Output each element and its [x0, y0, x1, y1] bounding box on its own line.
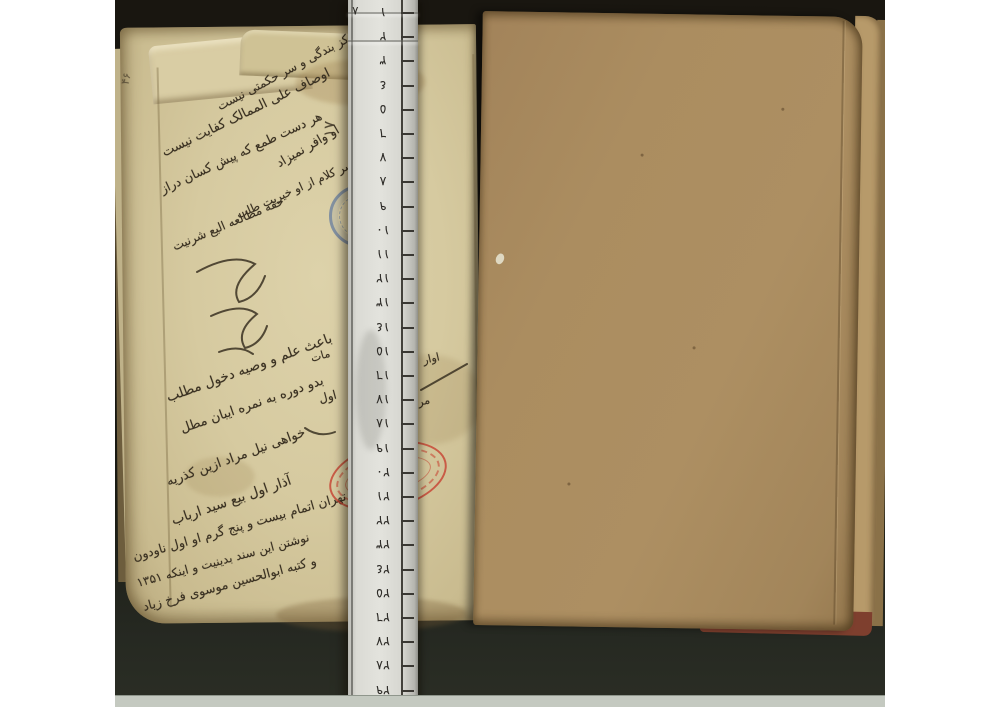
- ruler-stray-mark: ٨: [352, 4, 358, 18]
- ruler-tick: [401, 327, 414, 329]
- ruler-number: ١٦: [370, 368, 396, 381]
- ruler-number: ٢١: [370, 489, 396, 502]
- ruler-tick: [401, 569, 414, 571]
- ruler-tick: [401, 206, 414, 208]
- paper-speck: [567, 482, 570, 485]
- ruler-tick: [401, 593, 414, 595]
- ruler-number: ٤: [370, 78, 396, 91]
- ruler-number: ٢٩: [370, 683, 396, 695]
- ruler-number: ١٧: [370, 392, 396, 405]
- ruler-number: ٢٦: [370, 610, 396, 623]
- ruler-tick: [401, 181, 414, 183]
- scan-canvas: کز بندگی و سر حکمتی نیست اوصاف علی المما…: [0, 0, 1000, 707]
- ruler-tick: [401, 302, 414, 304]
- ruler-tick: [401, 254, 414, 256]
- folio-number: ١٧: [320, 121, 339, 138]
- ruler-tick: [401, 472, 414, 474]
- ruler-tick: [401, 85, 414, 87]
- photograph: کز بندگی و سر حکمتی نیست اوصاف علی المما…: [115, 0, 885, 695]
- ruler-tick: [401, 520, 414, 522]
- ruler-tick: [401, 690, 414, 692]
- paper-speck: [641, 154, 644, 157]
- ruler-tick: [401, 544, 414, 546]
- ruler-number: ١: [370, 5, 396, 18]
- ruler-number: ١٩: [370, 441, 396, 454]
- ruler-tick: [401, 375, 414, 377]
- ruler-baseline: [401, 0, 403, 695]
- ruler-number: ١٤: [370, 320, 396, 333]
- ruler-number: ٢٠: [370, 465, 396, 478]
- paper-speck: [494, 252, 505, 265]
- ruler-number: ١٥: [370, 344, 396, 357]
- ruler-tick: [401, 60, 414, 62]
- ruler-number: ٦: [370, 126, 396, 139]
- ruler-number: ١١: [370, 247, 396, 260]
- ruler-number: ٥: [370, 102, 396, 115]
- ruler-number: ٨: [370, 174, 396, 187]
- paper-speck: [781, 108, 784, 111]
- ruler-number: ٢٧: [370, 634, 396, 647]
- ruler-number: ٩: [370, 199, 396, 212]
- right-page: [473, 11, 863, 631]
- ruler-number: ٧: [370, 150, 396, 163]
- ruler-tick: [401, 399, 414, 401]
- ruler-number: ٢٤: [370, 562, 396, 575]
- margin-number: ۴۶: [119, 72, 134, 86]
- ruler-number: ٢٥: [370, 586, 396, 599]
- background-tray: [115, 695, 885, 707]
- ruler-tick: [401, 230, 414, 232]
- page-crease: [833, 21, 844, 625]
- ruler-tick: [401, 448, 414, 450]
- paper-speck: [693, 346, 696, 349]
- ruler-tick: [401, 36, 414, 38]
- ruler-tick: [401, 617, 414, 619]
- ruler: ٨ ١٢٣٤٥٦٧٨٩١٠١١١٢١٣١٤١٥١٦١٧١٨١٩٢٠٢١٢٢٢٣٢…: [348, 0, 418, 695]
- ruler-tick: [401, 157, 414, 159]
- ruler-tick: [401, 423, 414, 425]
- ruler-number: ٢٨: [370, 658, 396, 671]
- ruler-number: ٢٣: [370, 537, 396, 550]
- ruler-tick: [401, 351, 414, 353]
- ruler-tick: [401, 665, 414, 667]
- ruler-number: ١٨: [370, 416, 396, 429]
- ruler-tick: [401, 496, 414, 498]
- ruler-number: ٣: [370, 53, 396, 66]
- ruler-tick: [401, 109, 414, 111]
- handwriting-snippet: مر: [417, 393, 432, 408]
- ruler-number: ١٠: [370, 223, 396, 236]
- ruler-edge: [351, 0, 353, 695]
- ruler-tick: [401, 133, 414, 135]
- ruler-number: ٢٢: [370, 513, 396, 526]
- ruler-tick: [401, 641, 414, 643]
- ruler-tick: [401, 278, 414, 280]
- ruler-tick: [401, 12, 414, 14]
- ruler-number: ٢: [370, 29, 396, 42]
- ruler-number: ١٢: [370, 271, 396, 284]
- ruler-number: ١٣: [370, 295, 396, 308]
